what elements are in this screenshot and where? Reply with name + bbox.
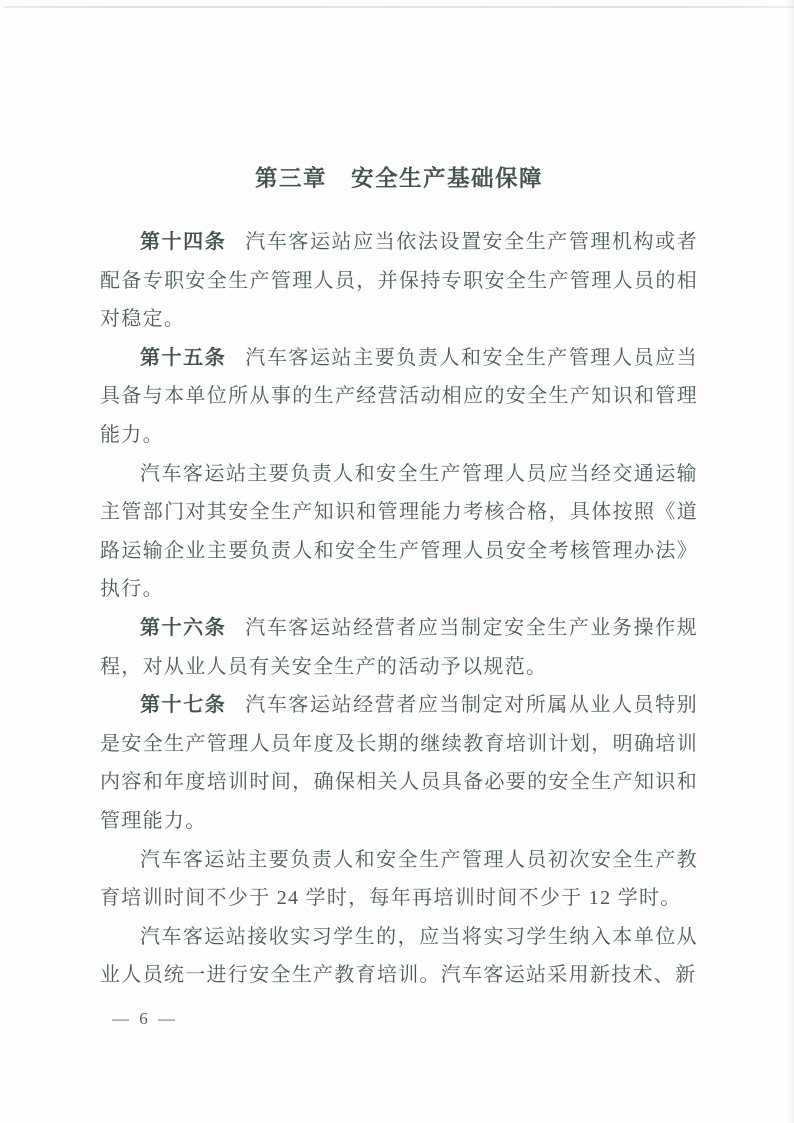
paragraph-article-16: 第十六条汽车客运站经营者应当制定安全生产业务操作规程，对从业人员有关安全生产的活…	[100, 609, 698, 686]
paragraph-article-15: 第十五条汽车客运站主要负责人和安全生产管理人员应当具备与本单位所从事的生产经营活…	[100, 339, 698, 455]
chapter-title: 第三章 安全生产基础保障	[100, 163, 698, 195]
scan-edge-shadow	[786, 0, 794, 1123]
paragraph-article-14: 第十四条汽车客运站应当依法设置安全生产管理机构或者配备专职安全生产管理人员，并保…	[100, 223, 698, 339]
article-17-clause-3-text: 汽车客运站接收实习学生的，应当将实习学生纳入本单位从业人员统一进行安全生产教育培…	[100, 926, 698, 987]
paragraph-article-17-clause-3: 汽车客运站接收实习学生的，应当将实习学生纳入本单位从业人员统一进行安全生产教育培…	[100, 918, 698, 995]
paragraph-article-17: 第十七条汽车客运站经营者应当制定对所属从业人员特别是安全生产管理人员年度及长期的…	[100, 686, 698, 840]
article-17-clause-2-text: 汽车客运站主要负责人和安全生产管理人员初次安全生产教育培训时间不少于 24 学时…	[100, 849, 698, 910]
paragraph-article-15-clause-2: 汽车客运站主要负责人和安全生产管理人员应当经交通运输主管部门对其安全生产知识和管…	[100, 455, 698, 609]
article-17-number: 第十七条	[140, 694, 226, 716]
article-15-number: 第十五条	[140, 347, 226, 369]
page-number: — 6 —	[112, 1009, 178, 1029]
paragraph-article-17-clause-2: 汽车客运站主要负责人和安全生产管理人员初次安全生产教育培训时间不少于 24 学时…	[100, 841, 698, 918]
article-14-number: 第十四条	[140, 231, 226, 253]
article-16-number: 第十六条	[140, 617, 226, 639]
document-body: 第十四条汽车客运站应当依法设置安全生产管理机构或者配备专职安全生产管理人员，并保…	[100, 223, 698, 995]
article-15-clause-2-text: 汽车客运站主要负责人和安全生产管理人员应当经交通运输主管部门对其安全生产知识和管…	[100, 463, 698, 601]
scan-artifact-line	[4, 6, 794, 8]
document-page: 第三章 安全生产基础保障 第十四条汽车客运站应当依法设置安全生产管理机构或者配备…	[0, 0, 794, 1123]
